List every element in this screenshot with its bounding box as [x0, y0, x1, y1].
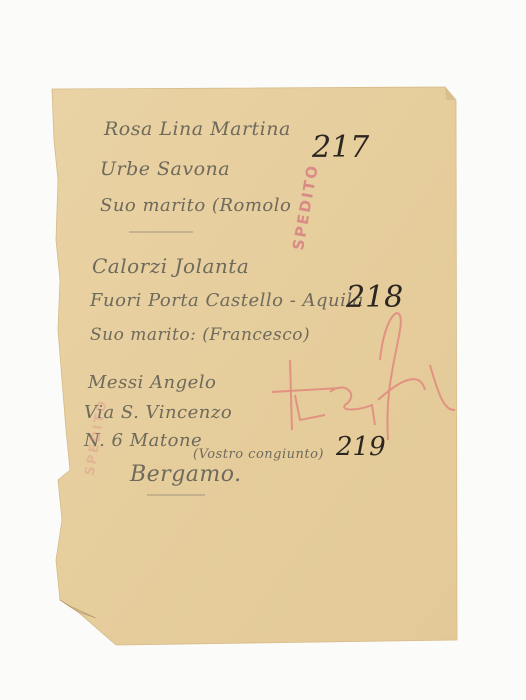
- entry-3-number: 219: [336, 432, 386, 462]
- entry-2-husband: Suo marito: (Francesco): [90, 325, 310, 345]
- document-scan: Rosa Lina Martina Urbe Savona Suo marito…: [0, 0, 526, 700]
- entry-2-number: 218: [346, 280, 403, 315]
- red-pencil-annotation: Da Fare: [275, 360, 279, 361]
- entry-3-note: (Vostro congiunto): [193, 447, 324, 462]
- entry-2-address: Fuori Porta Castello - Aquila: [90, 290, 364, 311]
- entry-1-number: 217: [312, 130, 369, 165]
- paper-sheet: [0, 0, 526, 700]
- entry-2-name: Calorzi Jolanta: [92, 254, 249, 278]
- entry-1-name: Rosa Lina Martina: [104, 118, 291, 140]
- entry-3-name: Messi Angelo: [88, 372, 216, 393]
- entry-1-city: Urbe Savona: [100, 158, 230, 180]
- entry-1-city-text: Urbe Savona: [100, 158, 230, 180]
- entry-1-husband: Suo marito (Romolo: [100, 195, 291, 216]
- entry-3-city: Bergamo.: [130, 462, 242, 487]
